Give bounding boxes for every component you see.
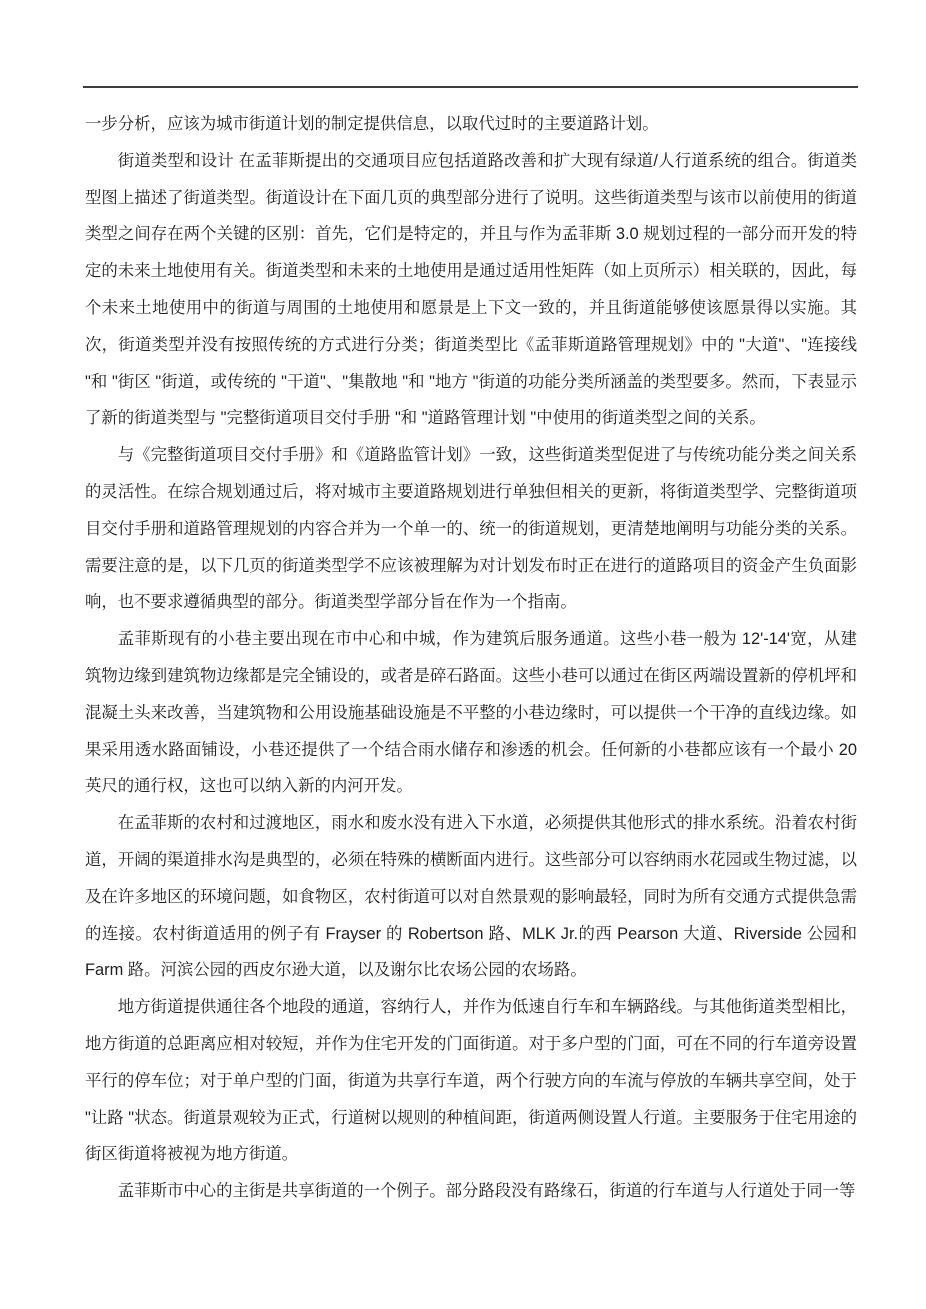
paragraph-rural-streets: 在孟菲斯的农村和过渡地区，雨水和废水没有进入下水道，必须提供其他形式的排水系统。… [85,805,857,989]
document-page: 一步分析，应该为城市街道计划的制定提供信息，以取代过时的主要道路计划。 街道类型… [0,0,926,1309]
paragraph-street-types-and-design: 街道类型和设计 在孟菲斯提出的交通项目应包括道路改善和扩大现有绿道/人行道系统的… [85,143,857,437]
paragraph-main-street-shared: 孟菲斯市中心的主街是共享街道的一个例子。部分路段没有路缘石，街道的行车道与人行道… [85,1173,857,1210]
paragraph-continuation: 一步分析，应该为城市街道计划的制定提供信息，以取代过时的主要道路计划。 [85,106,857,143]
document-body: 一步分析，应该为城市街道计划的制定提供信息，以取代过时的主要道路计划。 街道类型… [85,106,857,1210]
header-rule [83,86,858,88]
paragraph-local-streets: 地方街道提供通往各个地段的通道，容纳行人，并作为低速自行车和车辆路线。与其他街道… [85,989,857,1173]
paragraph-alleys: 孟菲斯现有的小巷主要出现在市中心和中城，作为建筑后服务通道。这些小巷一般为 12… [85,621,857,805]
paragraph-consistency-with-manuals: 与《完整街道项目交付手册》和《道路监管计划》一致，这些街道类型促进了与传统功能分… [85,437,857,621]
